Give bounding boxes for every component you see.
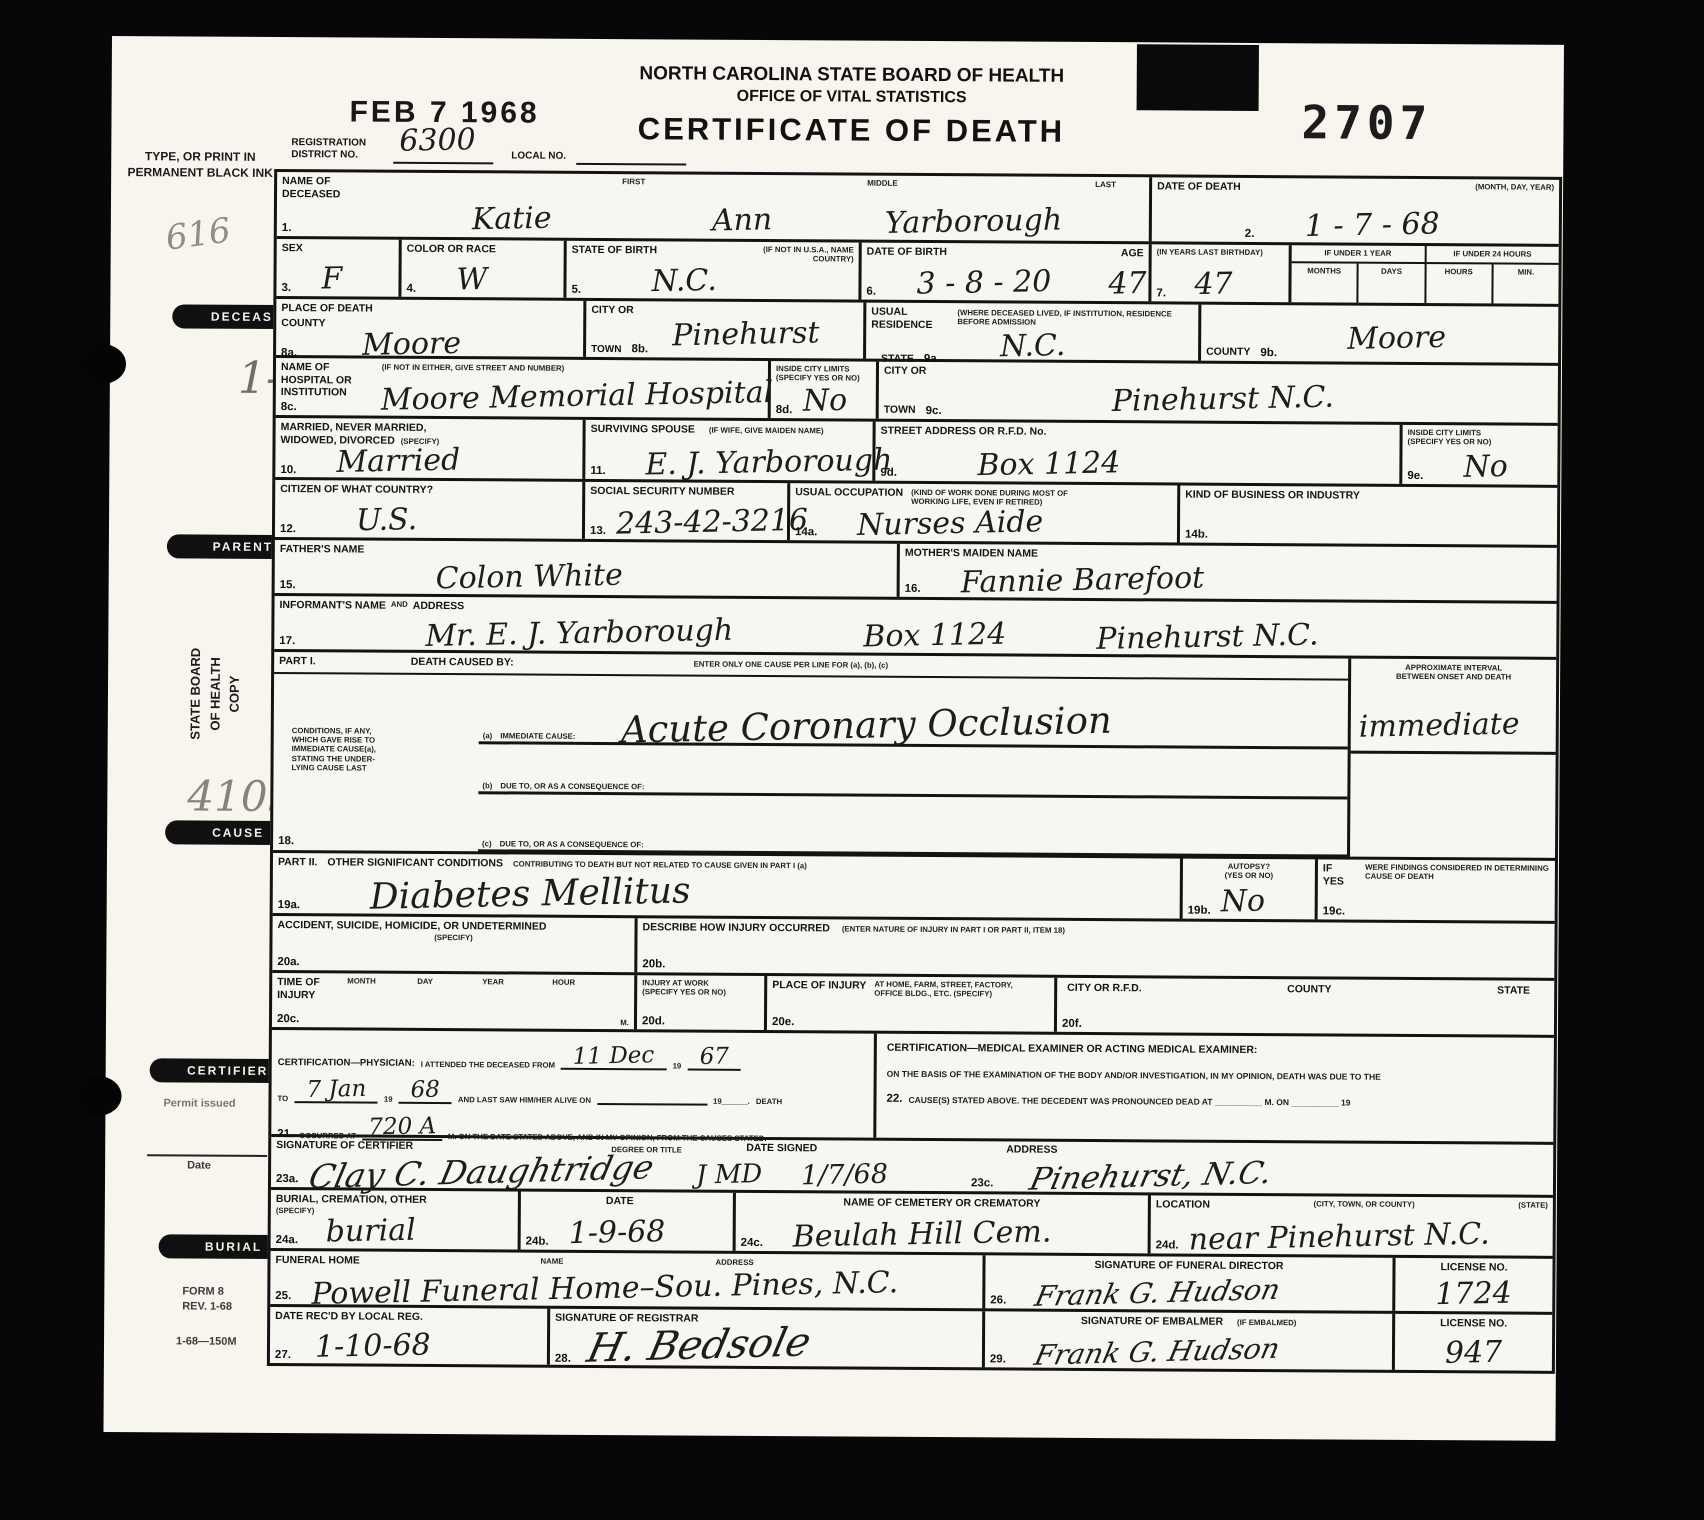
min-cell: MIN. [1493,264,1558,303]
last-saw-blank [597,1093,707,1106]
field-18-number: 18. [278,835,294,847]
last-column-header: LAST [1095,180,1116,189]
row-certifier-signature: SIGNATURE OF CERTIFIER DEGREE OR TITLE D… [271,1137,1553,1198]
certificate-form: NAME OFDECEASED FIRST MIDDLE LAST 1. Kat… [267,169,1562,1374]
immediate-cause-line: (a) IMMEDIATE CAUSE: Acute Coronary Occl… [479,687,1348,749]
row-hospital: NAME OFHOSPITAL ORINSTITUTION (IF NOT IN… [276,358,1558,426]
due-to-b-line: (b) DUE TO, OR AS A CONSEQUENCE OF: [478,753,1347,799]
interval-value: immediate [1359,710,1520,743]
field-city-of-death: CITY OR TOWN 8b. Pinehurst [586,301,866,359]
field-business-industry: KIND OF BUSINESS OR INDUSTRY 14b. [1180,486,1557,545]
field-1-number: 1. [282,222,292,234]
middle-column-header: MIDDLE [867,179,898,188]
funeral-director-value: Frank G. Hudson [1032,1276,1282,1311]
row-registrar: DATE REC'D BY LOCAL REG. 27.1-10-68 SIGN… [270,1307,1552,1371]
conditions-note: CONDITIONS, IF ANY, WHICH GAVE RISE TO I… [273,674,479,852]
field-date-of-birth: DATE OF BIRTH AGE 6. 3 - 8 - 20 47 [861,243,1151,302]
father-name-value: Colon White [435,561,623,595]
date-rule [147,1154,267,1157]
mother-name-value: Fannie Barefoot [960,563,1204,598]
row-name: NAME OFDECEASED FIRST MIDDLE LAST 1. Kat… [277,172,1559,247]
field-state-of-birth: STATE OF BIRTH (IF NOT IN U.S.A., NAME C… [566,241,861,300]
row-certification: CERTIFICATION—PHYSICIAN: I ATTENDED THE … [271,1030,1554,1145]
certifier-signature-value: Clay C. Daughtridge [306,1150,657,1193]
certification-medical-examiner-label: CERTIFICATION—MEDICAL EXAMINER OR ACTING… [887,1042,1544,1059]
attended-from-year: 67 [699,1045,729,1069]
row-accident: ACCIDENT, SUICIDE, HOMICIDE, OR UNDETERM… [272,916,1554,981]
field-inside-city-limits-9e: INSIDE CITY LIMITS (SPECIFY YES OR NO) 9… [1402,425,1557,485]
row-burial: BURIAL, CREMATION, OTHER (SPECIFY) 24a.b… [271,1190,1553,1259]
field-embalmer-license: LICENSE NO. 947 [1395,1314,1552,1371]
field-ssn: SOCIAL SECURITY NUMBER 13.243-42-3216 [585,482,790,540]
first-column-header: FIRST [622,177,645,186]
field-under-age-grid: IF UNDER 1 YEAR IF UNDER 24 HOURS MONTHS… [1291,245,1558,304]
district-no-value: 6300 [399,125,476,157]
attended-from-value: 11 Dec [573,1044,655,1069]
inside-limits-9e-value: No [1463,452,1508,483]
informant-address-value: Box 1124 [863,620,1006,653]
pencil-616: 616 [163,210,233,258]
copy-line1: STATE BOARD [187,648,203,740]
other-conditions-value: Diabetes Mellitus [370,873,691,915]
certificate-paper: FEB 7 1968 REGISTRATION DISTRICT NO. 630… [103,36,1564,1441]
row-injury-details: TIME OFINJURY MONTH DAY YEAR HOUR 20c. M… [272,973,1554,1038]
field-findings-considered: IF YES WERE FINDINGS CONSIDERED IN DETER… [1318,859,1555,920]
form-number: FORM 8 REV. 1-68 [182,1284,232,1315]
part2-other-conditions: PART II. OTHER SIGNIFICANT CONDITIONS CO… [273,853,1555,924]
field-county-of-death: PLACE OF DEATH COUNTY 8a.Moore [276,299,586,357]
field-name-of-deceased: NAME OFDECEASED FIRST MIDDLE LAST 1. Kat… [277,172,1152,241]
cause-lines: (a) IMMEDIATE CAUSE: Acute Coronary Occl… [478,675,1348,857]
field-autopsy: AUTOPSY? (YES OR NO) 19b.No [1183,859,1318,920]
print-run: 1-68—150M [176,1334,237,1350]
certificate-header: NORTH CAROLINA STATE BOARD OF HEALTH OFF… [531,63,1172,151]
one-cause-per-line-note: ENTER ONLY ONE CAUSE PER LINE FOR (a), (… [694,660,889,671]
field-marital-status: MARRIED, NEVER MARRIED, WIDOWED, DIVORCE… [275,418,585,479]
burial-date-value: 1-9-68 [568,1217,665,1249]
cemetery-value: Beulah Hill Cem. [793,1217,1052,1252]
row-sex-race-birth: SEX 3.F COLOR OR RACE 4.W STATE OF BIRTH… [276,239,1558,307]
death-caused-by-label: DEATH CAUSED BY: [411,656,514,669]
registrar-signature-value: H. Bedsole [584,1322,815,1368]
date-signed-label: DATE SIGNED [746,1142,817,1155]
field-residence-town: CITY OR TOWN 9c. Pinehurst N.C. [879,362,1558,423]
certifier-address-value: Pinehurst, N.C. [1027,1158,1275,1196]
city-town-label2: TOWN [591,344,621,355]
field-residence-state: USUAL RESIDENCE (WHERE DECEASED LIVED, I… [866,303,1201,361]
date-received-value: 1-10-68 [315,1330,431,1362]
field-injury-at-work: INJURY AT WORK (SPECIFY YES OR NO) 20d. [637,975,767,1030]
field-medical-examiner-certification: CERTIFICATION—MEDICAL EXAMINER OR ACTING… [876,1034,1554,1142]
attended-to-value: 7 Jan [306,1078,366,1102]
hours-cell: HOURS [1426,264,1493,303]
field-color-or-race: COLOR OR RACE 4.W [401,240,566,298]
residence-county-label: COUNTY [1206,346,1250,359]
race-value: W [456,265,487,296]
first-name-value: Katie [472,204,552,236]
date-of-death-value: 1 - 7 - 68 [1304,209,1439,242]
local-no-label: LOCAL NO. [511,150,566,162]
field-accident-suicide: ACCIDENT, SUICIDE, HOMICIDE, OR UNDETERM… [272,916,637,972]
row-citizen-ssn: CITIZEN OF WHAT COUNTRY? 12.U.S. SOCIAL … [275,480,1557,548]
immediate-cause-value: Acute Coronary Occlusion [620,701,1112,748]
org-office: OFFICE OF VITAL STATISTICS [532,87,1172,109]
district-no-line [393,162,493,165]
scanned-death-certificate: { "h": { "stamp_date": "FEB 7 1968", "re… [0,0,1704,1520]
row-informant: INFORMANT'S NAME AND ADDRESS 17. Mr. E. … [274,596,1556,660]
address-label: ADDRESS [1006,1143,1057,1156]
autopsy-value: No [1220,886,1265,917]
state-header: STATE [1497,984,1530,997]
if-under-1-year-label: IF UNDER 1 YEAR [1292,245,1427,262]
field-informant: INFORMANT'S NAME AND ADDRESS 17. Mr. E. … [274,596,1556,657]
field-street-address: STREET ADDRESS OR R.F.D. No. 9d.Box 1124 [875,422,1402,484]
field-citizen: CITIZEN OF WHAT COUNTRY? 12.U.S. [275,480,585,539]
field-residence-county: COUNTY 9b. Moore [1201,305,1558,363]
attended-to-year: 68 [410,1079,440,1103]
county-header: COUNTY [1287,983,1331,996]
copy-line3: COPY [227,676,242,713]
funeral-home-value: Powell Funeral Home–Sou. Pines, N.C. [311,1268,898,1310]
if-under-24-hours-label: IF UNDER 24 HOURS [1426,246,1559,263]
field-burial-location: LOCATION (CITY, TOWN, OR COUNTY) (STATE)… [1151,1195,1553,1255]
months-cell: MONTHS [1291,263,1358,302]
ssn-value: 243-42-3216 [616,506,809,540]
town-label2: TOWN [884,404,916,417]
city-of-death-value: Pinehurst [672,318,820,351]
field-certifier-signature: SIGNATURE OF CERTIFIER DEGREE OR TITLE D… [271,1137,1553,1195]
sex-value: F [321,264,342,294]
part1-cause-of-death: PART I. DEATH CAUSED BY: ENTER ONLY ONE … [273,652,1556,861]
field-burial-type: BURIAL, CREMATION, OTHER (SPECIFY) 24a.b… [271,1190,521,1250]
field-hospital: NAME OFHOSPITAL ORINSTITUTION (IF NOT IN… [276,358,771,418]
days-cell: DAYS [1359,264,1426,303]
city-rfd-header: CITY OR R.F.D. [1067,982,1142,995]
middle-name-value: Ann [712,205,773,236]
date-of-death-label: DATE OF DEATH [1157,180,1241,193]
field-mother-name: MOTHER'S MAIDEN NAME 16.Fannie Barefoot [900,544,1557,601]
field-director-license: LICENSE NO. 1724 [1395,1258,1552,1312]
part1-label: PART I. [279,655,316,668]
informant-name-value: Mr. E. J. Yarborough [425,616,733,652]
field-20f-number: 20f. [1062,1018,1082,1030]
funeral-address-header: ADDRESS [715,1258,753,1268]
field-surviving-spouse: SURVIVING SPOUSE (IF WIFE, GIVE MAIDEN N… [585,420,875,481]
field-registrar-signature: SIGNATURE OF REGISTRAR 28.H. Bedsole [550,1309,985,1368]
field-occupation: USUAL OCCUPATION (KIND OF WORK DONE DURI… [790,483,1180,542]
field-father-name: FATHER'S NAME 15.Colon White [275,540,900,597]
row-parents: FATHER'S NAME 15.Colon White MOTHER'S MA… [275,540,1557,604]
field-cemetery: NAME OF CEMETERY OR CREMATORY 24c.Beulah… [736,1193,1151,1254]
interval-column: APPROXIMATE INTERVAL BETWEEN ONSET AND D… [1350,659,1556,858]
certificate-number-stamp: 2707 [1301,95,1432,150]
burial-type-value: burial [326,1216,417,1248]
field-2-number: 2. [1245,228,1255,240]
field-place-of-injury: PLACE OF INJURY AT HOME, FARM, STREET, F… [767,976,1057,1032]
residence-county-value: Moore [1347,323,1447,355]
occurred-at-value: 720 A [368,1115,436,1139]
street-address-value: Box 1124 [977,448,1120,481]
interval-rule-a [1351,751,1556,755]
date-label: Date [187,1158,211,1174]
hole-punch-bottom [73,1076,121,1116]
field-sex: SEX 3.F [276,239,401,297]
m-suffix: M. [620,1018,629,1027]
field-how-injury-occurred: DESCRIBE HOW INJURY OCCURRED (ENTER NATU… [637,918,1554,978]
field-funeral-director-signature: SIGNATURE OF FUNERAL DIRECTOR 26.Frank G… [985,1255,1395,1311]
local-no-line [576,163,686,166]
marital-value: Married [336,446,460,478]
copy-line2: OF HEALTH [207,657,222,731]
residence-state-value: N.C. [1000,331,1066,362]
org-name: NORTH CAROLINA STATE BOARD OF HEALTH [532,63,1172,89]
field-funeral-home: FUNERAL HOME NAME ADDRESS 25.Powell Fune… [270,1251,985,1308]
certificate-title: CERTIFICATE OF DEATH [531,111,1171,151]
field-inside-city-limits-8d: INSIDE CITY LIMITS (SPECIFY YES OR NO) 8… [771,361,879,419]
due-to-c-line: (c) DUE TO, OR AS A CONSEQUENCE OF: [478,811,1347,857]
form-no-line2: REV. 1-68 [182,1301,232,1313]
occupation-value: Nurses Aide [857,507,1044,541]
hole-punch-top [78,344,126,384]
burial-location-value: near Pinehurst N.C. [1188,1220,1489,1256]
field-embalmer-signature: SIGNATURE OF EMBALMER (IF EMBALMED) 29.F… [985,1311,1395,1370]
district-no-label: DISTRICT NO. [291,149,358,160]
residence-town-value: Pinehurst N.C. [1111,383,1334,417]
field-age-years: (IN YEARS LAST BIRTHDAY) 7.47 [1151,244,1291,302]
field-injury-location: CITY OR R.F.D. COUNTY STATE 20f. [1057,978,1554,1035]
date-of-birth-value: 3 - 8 - 20 [916,267,1051,300]
field-date-of-death: DATE OF DEATH (MONTH, DAY, YEAR) 2. 1 - … [1152,177,1559,243]
degree-value: J MD [696,1161,763,1188]
row-marital: MARRIED, NEVER MARRIED, WIDOWED, DIVORCE… [275,418,1557,488]
county-of-death-value: Moore [362,329,462,361]
date-of-death-sublabel: (MONTH, DAY, YEAR) [1475,182,1554,195]
last-name-value: Yarborough [885,205,1063,239]
row-funeral-home: FUNERAL HOME NAME ADDRESS 25.Powell Fune… [270,1251,1552,1315]
field-other-significant-conditions: PART II. OTHER SIGNIFICANT CONDITIONS CO… [273,853,1183,919]
field-date-received: DATE REC'D BY LOCAL REG. 27.1-10-68 [270,1307,550,1365]
funeral-name-header: NAME [540,1257,563,1266]
name-label: NAME OFDECEASED [282,175,1144,205]
form-no-line1: FORM 8 [182,1285,224,1297]
embalmer-value: Frank G. Hudson [1032,1335,1282,1370]
certification-physician-label: CERTIFICATION—PHYSICIAN: [278,1057,415,1069]
field-physician-certification: CERTIFICATION—PHYSICIAN: I ATTENDED THE … [271,1030,877,1138]
citizen-value: U.S. [356,505,418,536]
row-place-of-death: PLACE OF DEATH COUNTY 8a.Moore CITY OR T… [276,299,1558,366]
director-license-value: 1724 [1435,1279,1512,1311]
registration-district-label: REGISTRATION DISTRICT NO. [291,137,366,161]
age-inline-value: 47 [1109,269,1148,300]
registration-label: REGISTRATION [291,137,366,148]
state-of-birth-value: N.C. [651,266,717,297]
inside-limits-8d-value: No [802,386,847,417]
state-board-copy-label: STATE BOARD OF HEALTH COPY [185,619,244,769]
date-signed-value: 1/7/68 [801,1161,888,1190]
field-burial-date: DATE 24b.1-9-68 [521,1192,736,1251]
permit-issued-label: Permit issued [163,1096,235,1112]
hospital-value: Moore Memorial Hospital [381,378,774,416]
embalmer-license-value: 947 [1445,1338,1503,1369]
informant-city-value: Pinehurst N.C. [1096,620,1319,654]
spouse-value: E. J. Yarborough [645,446,893,481]
age-value: 47 [1194,269,1233,300]
field-time-of-injury: TIME OFINJURY MONTH DAY YEAR HOUR 20c. M… [272,973,637,1029]
type-print-note: TYPE, OR PRINT IN PERMANENT BLACK INK [125,148,275,181]
